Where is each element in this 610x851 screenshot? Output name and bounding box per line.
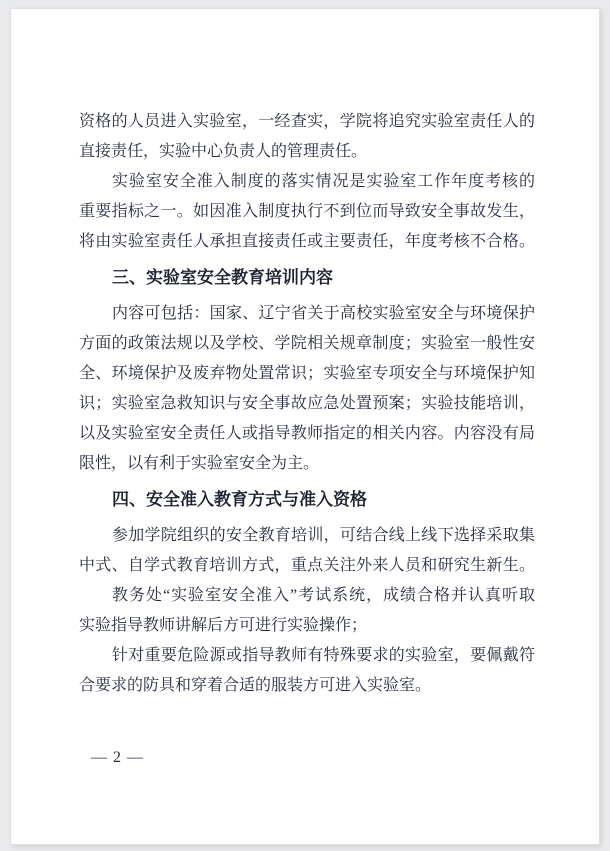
text-line: 识；实验室急救知识与安全事故应急处置预案；实验技能培训， <box>79 389 535 419</box>
page-number: — 2 — <box>91 749 144 767</box>
section-heading: 四、安全准入教育方式与准入资格 <box>79 485 535 515</box>
text-line: 限性，以有利于实验室安全为主。 <box>79 449 535 479</box>
text-line: 全、环境保护及废弃物处置常识；实验室专项安全与环境保护知 <box>79 359 535 389</box>
text-line: 教务处“实验室安全准入”考试系统，成绩合格并认真听取 <box>79 581 535 611</box>
text-line: 内容可包括：国家、辽宁省关于高校实验室安全与环境保护 <box>79 299 535 329</box>
text-line: 将由实验室责任人承担直接责任或主要责任，年度考核不合格。 <box>79 227 535 257</box>
text-line: 实验指导教师讲解后方可进行实验操作； <box>79 611 535 641</box>
section-heading: 三、实验室安全教育培训内容 <box>79 263 535 293</box>
document-page: 资格的人员进入实验室，一经查实，学院将追究实验室责任人的直接责任，实验中心负责人… <box>10 8 600 845</box>
text-line: 资格的人员进入实验室，一经查实，学院将追究实验室责任人的 <box>79 107 535 137</box>
text-line: 直接责任，实验中心负责人的管理责任。 <box>79 137 535 167</box>
text-content: 资格的人员进入实验室，一经查实，学院将追究实验室责任人的直接责任，实验中心负责人… <box>79 107 535 701</box>
text-line: 参加学院组织的安全教育培训，可结合线上线下选择采取集 <box>79 521 535 551</box>
text-line: 方面的政策法规以及学校、学院相关规章制度；实验室一般性安 <box>79 329 535 359</box>
text-line: 以及实验室安全责任人或指导教师指定的相关内容。内容没有局 <box>79 419 535 449</box>
text-line: 针对重要危险源或指导教师有特殊要求的实验室，要佩戴符 <box>79 641 535 671</box>
document-viewport: 资格的人员进入实验室，一经查实，学院将追究实验室责任人的直接责任，实验中心负责人… <box>0 0 610 851</box>
text-line: 重要指标之一。如因准入制度执行不到位而导致安全事故发生， <box>79 197 535 227</box>
text-line: 合要求的防具和穿着合适的服装方可进入实验室。 <box>79 671 535 701</box>
text-line: 中式、自学式教育培训方式，重点关注外来人员和研究生新生。 <box>79 551 535 581</box>
text-line: 实验室安全准入制度的落实情况是实验室工作年度考核的 <box>79 167 535 197</box>
